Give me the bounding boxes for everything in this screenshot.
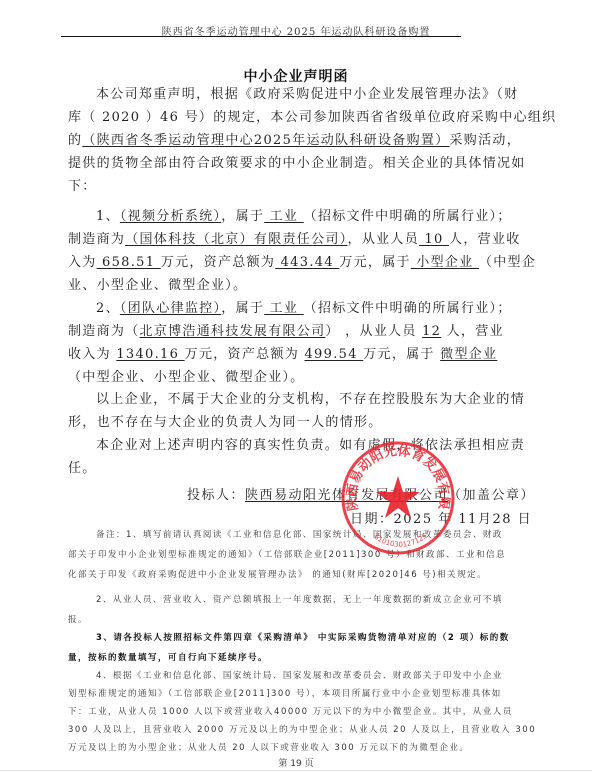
industry: 工业 [264,209,303,224]
label: ） ，从业人员 [325,324,422,339]
bidder-label: 投标人： [187,488,245,503]
item-2-line-2: 制造商为（北京博浩通科技发展有限公司） ，从业人员 12 人，营业 [68,320,530,343]
seal-note: （加盖公章） [448,488,535,503]
statement-paragraph: 以上企业，不属于大企业的分支机构，不存在控股股东为大企业的情 形，也不存在与大企… [68,388,530,434]
note-4: 4、根据《工业和信息化部、国家统计局、国家发展和改革委员会、财政部关于印发中小企… [68,666,530,756]
item-2-line-4: （中型企业、小型企业、微型企业）。 [68,366,530,389]
note-line: 报。 [68,610,530,630]
total-assets: 499.54 [304,347,363,362]
item-2-line-1: 2、（团队心律监控），属于 工业 （招标文件中明确的所属行业）； [68,297,530,320]
note-line: 下：工业，从业人员 1000 人以下或营业收入40000 万元以下的为中小微型企… [68,702,530,720]
responsibility-line-2: 任。 [68,457,530,480]
statement-line-1: 以上企业，不属于大企业的分支机构，不存在控股股东为大企业的情 [68,388,530,411]
label: 万元，资产总额为 [185,347,305,362]
label: ，属于 [221,209,264,224]
item-1-line-3: 入为 658.51 万元，资产总额为 443.44 万元，属于 小型企业 （中型… [68,251,530,274]
label: （招标文件中明确的所属行业）； [304,301,512,316]
item-1: 1、（视频分析系统），属于 工业 （招标文件中明确的所属行业）； 制造商为（国体… [68,205,530,297]
revenue: 1340.16 [116,347,184,362]
item-index: 2、 [96,301,120,316]
label: 制造商为 [68,232,125,247]
label: 制造商为（ [68,324,140,339]
industry: 工业 [264,301,303,316]
label: 入为 [68,255,97,270]
note-line: 2、从业人员、营业收入、资产总额填报上一年度数据，无上一年度数据的新成立企业可不… [68,590,530,610]
intro-line-1: 本公司郑重声明，根据《政府采购促进中小企业发展管理办法》（财 [68,83,530,106]
product-name: （视频分析系统） [120,209,221,224]
page-number: 第 19 页 [0,756,592,769]
note-3: 3、请各投标人按照招标文件第四章《采购清单》 中实际采购货物清单对应的（2 项）… [68,628,530,668]
svg-text:6101030127125: 6101030127125 [373,532,429,549]
intro-line-3: 的（陕西省冬季运动管理中心2025年运动队科研设备购置）采购活动， [68,129,530,152]
label: 人，营业 [441,324,504,339]
label: ，从业人员 [348,232,420,247]
label: ，属于 [221,301,264,316]
intro-line-2: 库（ 2020 ）46 号）的规定，本公司参加陕西省省级单位政府采购中心组织 [68,106,530,129]
item-2: 2、（团队心律监控），属于 工业 （招标文件中明确的所属行业）； 制造商为（北京… [68,297,530,389]
label: 万元，资产总额为 [161,255,275,270]
header-divider [61,36,461,37]
staff-count: 12 [422,324,441,339]
label: 人，营业收 [449,232,521,247]
item-index: 1、 [96,209,120,224]
enterprise-size: 微型企业 [440,347,497,362]
staff-count: 10 [419,232,449,247]
intro-line-4: 提供的货物全部由符合政策要求的中小企业制造。相关企业的具体情况如 [68,152,530,175]
intro-line-5: 下： [68,175,530,198]
responsibility-paragraph: 本企业对上述声明内容的真实性负责。如有虚假，将依法承担相应责 任。 [68,434,530,480]
item-2-line-3: 收入为 1340.16 万元，资产总额为 499.54 万元，属于 微型企业 [68,343,530,366]
item-1-line-1: 1、（视频分析系统），属于 工业 （招标文件中明确的所属行业）； [68,205,530,228]
total-assets: 443.44 [275,255,339,270]
manufacturer: 北京博浩通科技发展有限公司 [140,324,326,339]
note-line: 300 人及以上，且营业收入 2000 万元及以上的为中型企业；从业人员 20 … [68,720,530,738]
document-page: 陕西省冬季运动管理中心 2025 年运动队科研设备购置 中小企业声明函 本公司郑… [0,0,592,772]
note-1: 备注：1、填写前请认真阅读《工业和信息化部、国家统计局、国家发展和改革委员会、财… [68,525,530,585]
note-line: 万元及以上的为小型企业；从业人员 20 人以下或营业收入 300 万元以下的为微… [68,738,530,756]
label: （招标文件中明确的所属行业）； [304,209,512,224]
note-line: 4、根据《工业和信息化部、国家统计局、国家发展和改革委员会、财政部关于印发中小企… [68,666,530,684]
note-line: 备注：1、填写前请认真阅读《工业和信息化部、国家统计局、国家发展和改革委员会、财… [68,525,530,545]
intro-paragraph: 本公司郑重声明，根据《政府采购促进中小企业发展管理办法》（财 库（ 2020 ）… [68,83,530,198]
item-1-line-2: 制造商为（国体科技（北京）有限责任公司），从业人员 10 人，营业收 [68,228,530,251]
company-seal-icon: 陕西易动阳光体育发展有限公司 6101030127125 [340,440,456,556]
project-name: （陕西省冬季运动管理中心2025年运动队科研设备购置） [82,133,449,148]
intro-prefix: 的 [68,133,82,148]
responsibility-line-1: 本企业对上述声明内容的真实性负责。如有虚假，将依法承担相应责 [68,434,530,457]
manufacturer: （国体科技（北京）有限责任公司） [125,232,347,247]
note-line: 部关于印发中小企业划型标准规定的通知》（工信部联企业[2011]300 号）和财… [68,545,530,565]
note-line: 化部关于印发《政府采购促进中小企业发展管理办法》 的通知(财库[2020]46 … [68,565,530,585]
label: （中型企 [479,255,536,270]
statement-line-2: 形，也不存在与大企业的负责人为同一人的情形。 [68,411,530,434]
page-bottom-edge [0,770,592,771]
enterprise-size: 小型企业 [411,255,479,270]
label: 万元，属于 [363,347,440,362]
product-name: （团队心律监控） [120,301,221,316]
label: 收入为 [68,347,116,362]
label: 万元，属于 [339,255,411,270]
note-line: 量，按标的数量填写，可自行向下延续序号。 [68,648,530,668]
note-line: 划型标准规定的通知》（工信部联企业[2011]300 号），本项目所属行业中小企… [68,684,530,702]
item-1-line-4: 业、小型企业、微型企业）。 [68,274,530,297]
intro-suffix: 采购活动， [450,133,522,148]
note-2: 2、从业人员、营业收入、资产总额填报上一年度数据，无上一年度数据的新成立企业可不… [68,590,530,630]
note-line: 3、请各投标人按照招标文件第四章《采购清单》 中实际采购货物清单对应的（2 项）… [68,628,530,648]
revenue: 658.51 [97,255,161,270]
